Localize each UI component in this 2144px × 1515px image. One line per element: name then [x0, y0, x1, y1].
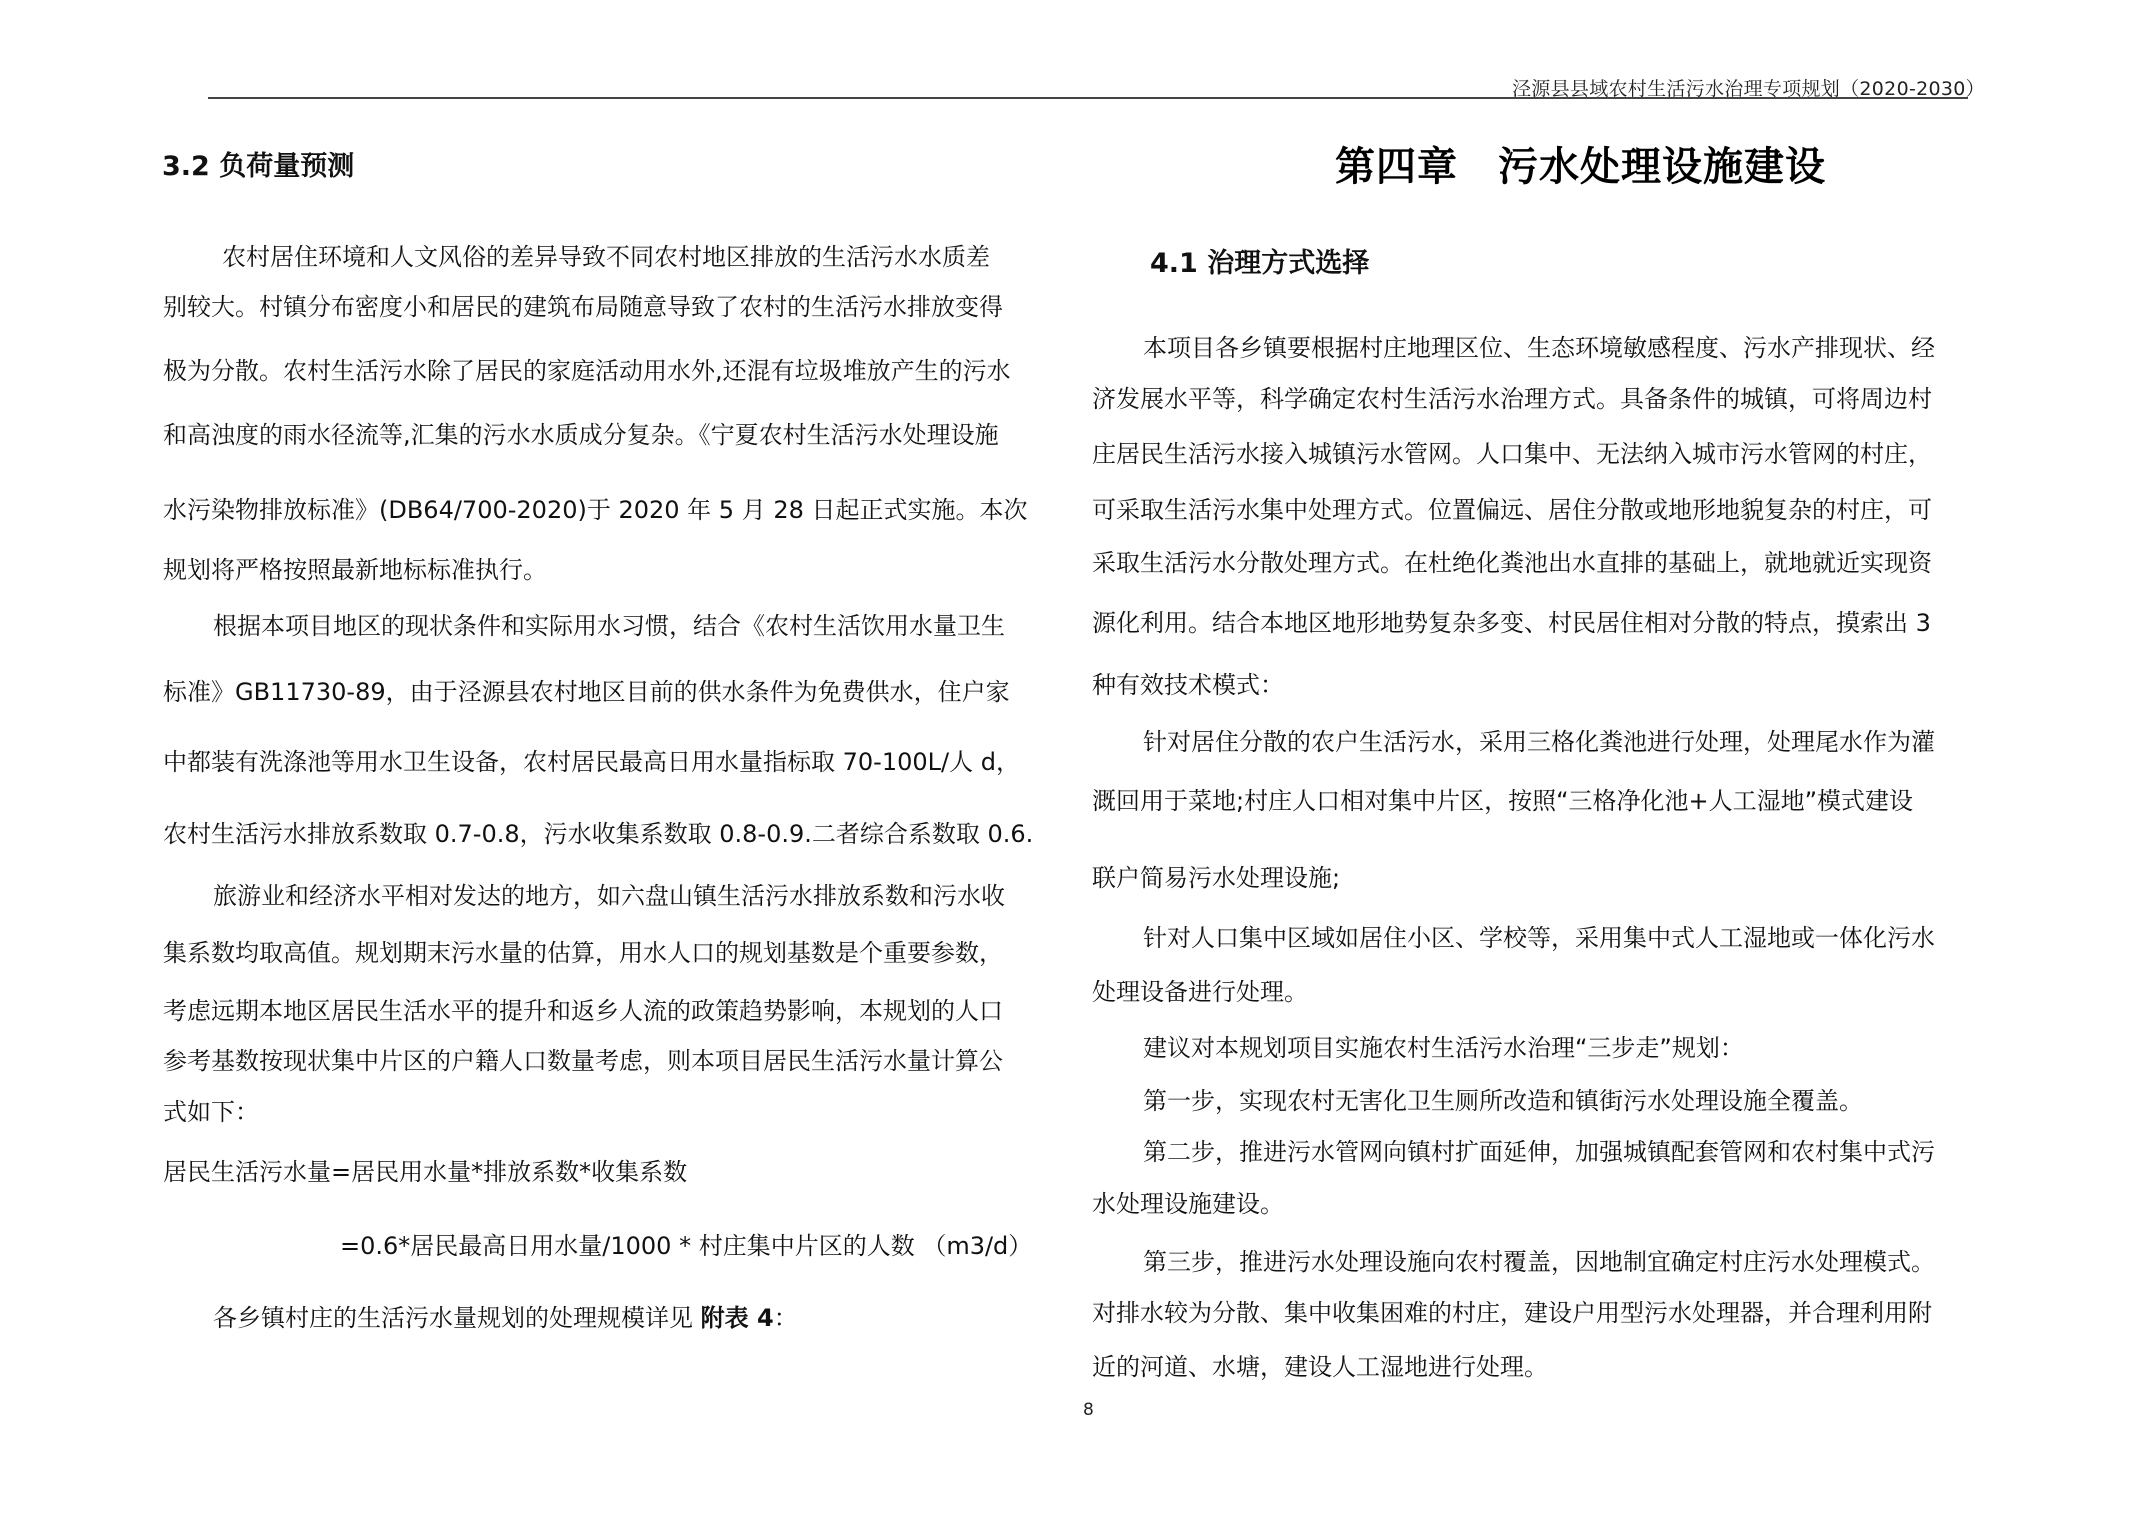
paragraph-line: 考虑远期本地区居民生活水平的提升和返乡人流的政策趋势影响，本规划的人口 [163, 996, 1053, 1026]
paragraph-line: 庄居民生活污水接入城镇污水管网。人口集中、无法纳入城市污水管网的村庄， [1092, 439, 1932, 469]
header-rule-divider [208, 97, 1968, 99]
paragraph-line: 参考基数按现状集中片区的户籍人口数量考虑，则本项目居民生活污水量计算公 [163, 1046, 1053, 1076]
formula-line-1: 居民生活污水量=居民用水量*排放系数*收集系数 [163, 1157, 1053, 1187]
section-heading-4-1: 4.1 治理方式选择 [1150, 247, 1369, 281]
paragraph-line: 第二步，推进污水管网向镇村扩面延伸，加强城镇配套管网和农村集中式污 [1143, 1137, 1935, 1167]
paragraph-line: 水污染物排放标准》(DB64/700-2020)于 2020 年 5 月 28 … [163, 495, 1053, 525]
paragraph-line: 旅游业和经济水平相对发达的地方，如六盘山镇生活污水排放系数和污水收 [213, 881, 1005, 911]
paragraph-line: 处理设备进行处理。 [1092, 977, 1308, 1007]
paragraph-line: 近的河道、水塘，建设人工湿地进行处理。 [1092, 1352, 1548, 1382]
paragraph-line: 规划将严格按照最新地标标准执行。 [163, 555, 1053, 585]
paragraph-line: 本项目各乡镇要根据村庄地理区位、生态环境敏感程度、污水产排现状、经 [1143, 333, 1935, 363]
paragraph-line: 济发展水平等，科学确定农村生活污水治理方式。具备条件的城镇，可将周边村 [1092, 384, 1932, 414]
chapter-number: 第四章 [1335, 144, 1458, 190]
paragraph-line: 针对居住分散的农户生活污水，采用三格化粪池进行处理，处理尾水作为灌 [1143, 727, 1935, 757]
chapter-title: 第四章污水处理设施建设 [1335, 143, 1826, 191]
formula-line-2: =0.6*居民最高日用水量/1000 * 村庄集中片区的人数 （m3/d） [340, 1231, 1032, 1261]
page-number: 8 [1083, 1400, 1094, 1420]
paragraph-line: 采取生活污水分散处理方式。在杜绝化粪池出水直排的基础上，就地就近实现资 [1092, 548, 1932, 578]
paragraph-line: 第一步，实现农村无害化卫生厕所改造和镇街污水处理设施全覆盖。 [1143, 1086, 1863, 1116]
paragraph-line: 标准》GB11730-89，由于泾源县农村地区目前的供水条件为免费供水，住户家 [163, 677, 1053, 707]
paragraph-line: 可采取生活污水集中处理方式。位置偏远、居住分散或地形地貌复杂的村庄，可 [1092, 495, 1932, 525]
paragraph-line: 对排水较为分散、集中收集困难的村庄，建设户用型污水处理器，并合理利用附 [1092, 1298, 1932, 1328]
paragraph-line: 第三步，推进污水处理设施向农村覆盖，因地制宜确定村庄污水处理模式。 [1143, 1247, 1935, 1277]
paragraph-line: 极为分散。农村生活污水除了居民的家庭活动用水外,还混有垃圾堆放产生的污水 [163, 356, 1053, 386]
appendix-reference-line: 各乡镇村庄的生活污水量规划的处理规模详见 附表 4： [213, 1303, 798, 1333]
paragraph-line: 式如下： [163, 1097, 1053, 1127]
paragraph-line: 根据本项目地区的现状条件和实际用水习惯，结合《农村生活饮用水量卫生 [213, 611, 1005, 641]
appendix-reference-text: 各乡镇村庄的生活污水量规划的处理规模详见 [213, 1304, 701, 1332]
paragraph-line: 农村居住环境和人文风俗的差异导致不同农村地区排放的生活污水水质差 [222, 242, 990, 272]
paragraph-line: 溉回用于菜地;村庄人口相对集中片区，按照“三格净化池+人工湿地”模式建设 [1092, 786, 1913, 816]
paragraph-line: 和高浊度的雨水径流等,汇集的污水水质成分复杂。《宁夏农村生活污水处理设施 [163, 420, 1053, 450]
paragraph-line: 别较大。村镇分布密度小和居民的建筑布局随意导致了农村的生活污水排放变得 [163, 292, 1053, 322]
paragraph-line: 集系数均取高值。规划期末污水量的估算，用水人口的规划基数是个重要参数， [163, 938, 1053, 968]
paragraph-line: 种有效技术模式： [1092, 670, 1284, 700]
paragraph-line: 中都装有洗涤池等用水卫生设备，农村居民最高日用水量指标取 70-100L/人 d… [163, 747, 1053, 777]
paragraph-line: 源化利用。结合本地区地形地势复杂多变、村民居住相对分散的特点，摸索出 3 [1092, 608, 1931, 638]
appendix-colon: ： [774, 1304, 798, 1332]
paragraph-line: 针对人口集中区域如居住小区、学校等，采用集中式人工湿地或一体化污水 [1143, 923, 1935, 953]
paragraph-line: 联户简易污水处理设施; [1092, 863, 1340, 893]
paragraph-line: 建议对本规划项目实施农村生活污水治理“三步走”规划： [1143, 1033, 1744, 1063]
section-heading-3-2: 3.2 负荷量预测 [162, 150, 354, 184]
paragraph-line: 农村生活污水排放系数取 0.7-0.8，污水收集系数取 0.8-0.9.二者综合… [163, 819, 1053, 849]
document-page: 泾源县县域农村生活污水治理专项规划（2020-2030） 3.2 负荷量预测 农… [0, 0, 2144, 1515]
paragraph-line: 水处理设施建设。 [1092, 1189, 1284, 1219]
appendix-table-link: 附表 4 [701, 1304, 774, 1332]
chapter-name: 污水处理设施建设 [1498, 144, 1826, 190]
